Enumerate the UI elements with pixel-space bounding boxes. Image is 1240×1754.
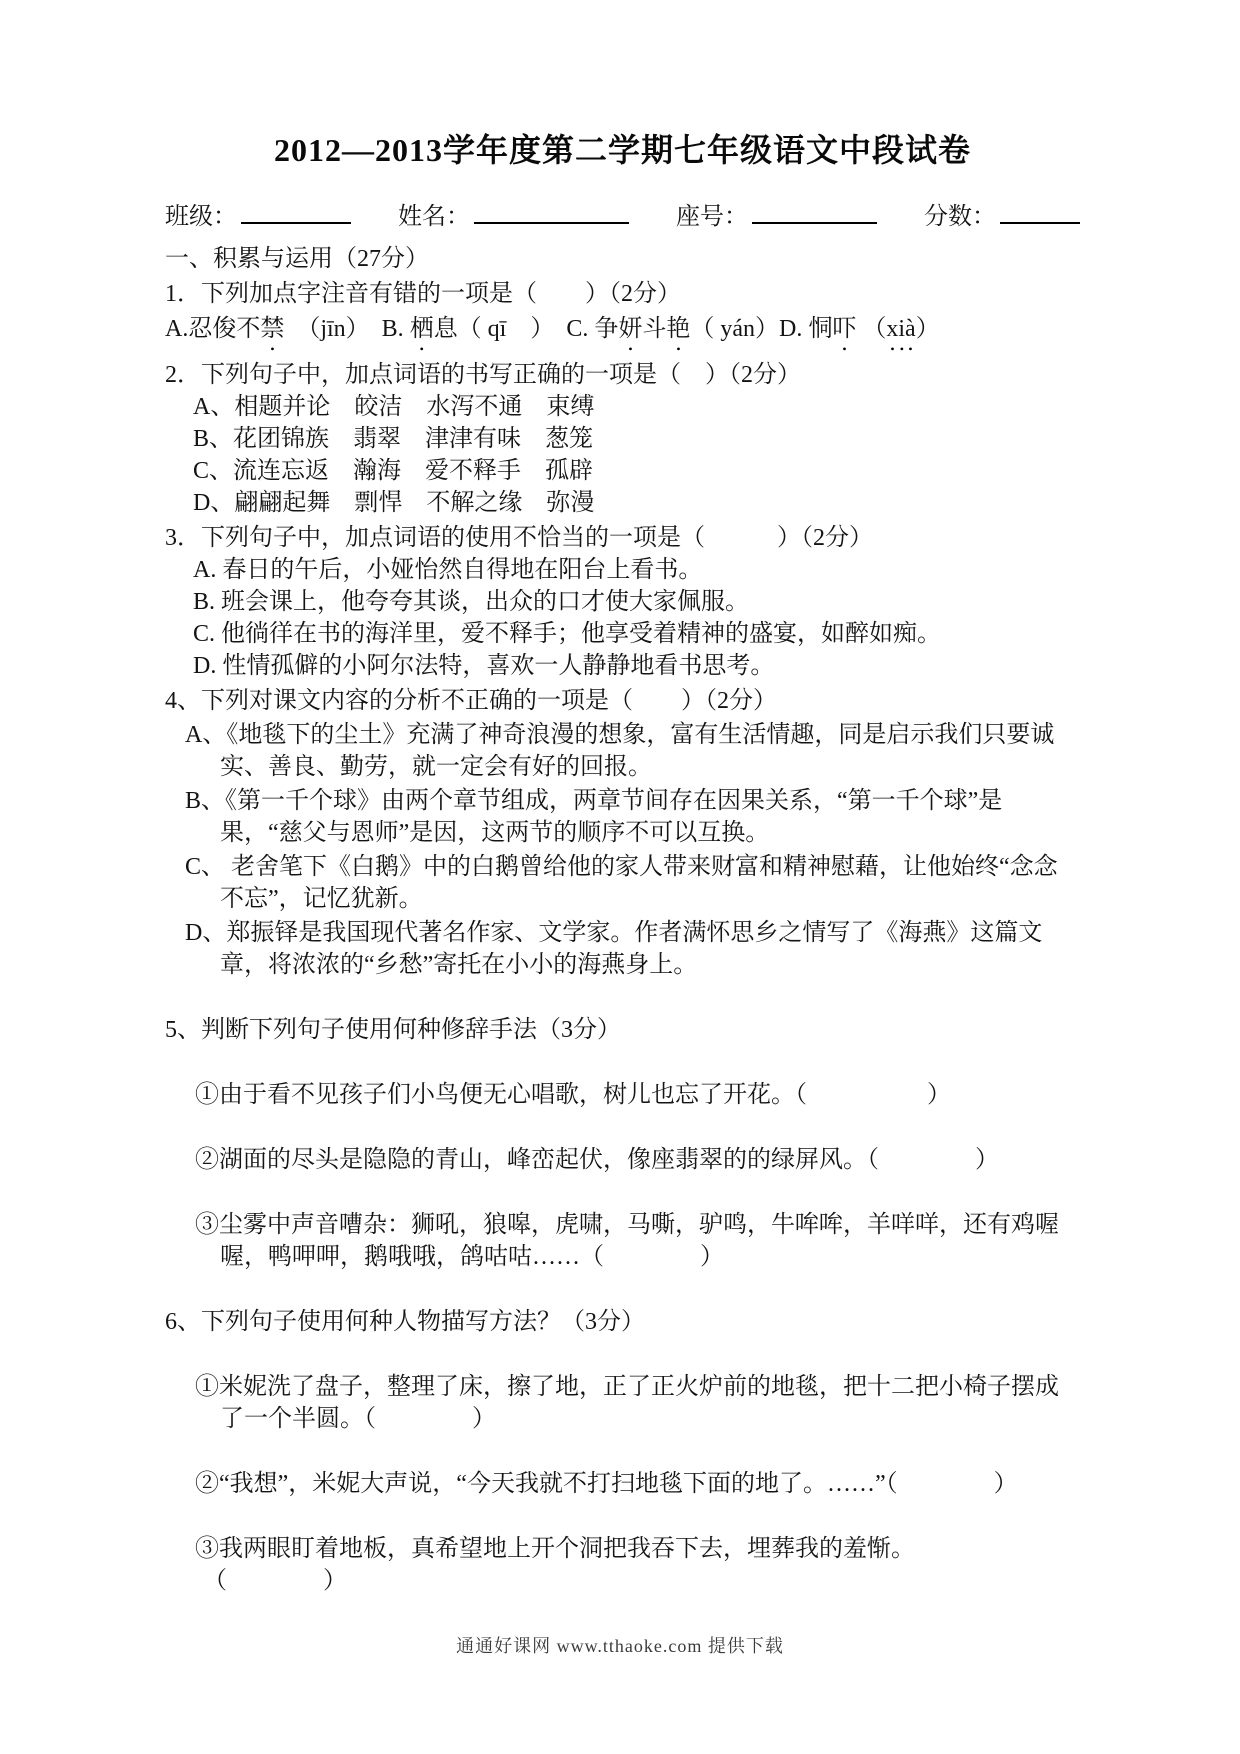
- q1-d-paren-close: ）: [916, 316, 940, 342]
- q1-c-dotted-char-2: 艳: [666, 316, 690, 342]
- q5-item-3: ③尘雾中声音嘈杂：狮吼，狼嗥，虎啸，马嘶，驴鸣，牛哞哞，羊咩咩，还有鸡喔喔，鸭呷…: [165, 1209, 1080, 1273]
- section1-heading: 一、积累与运用（27分）: [165, 243, 1080, 275]
- q2-option-c: C、流连忘返 瀚海 爱不释手 孤辟: [165, 455, 1080, 487]
- q2-option-a: A、相题并论 皎洁 水泻不通 束缚: [165, 391, 1080, 423]
- q5-stem: 5、判断下列句子使用何种修辞手法（3分）: [165, 1014, 1080, 1046]
- q1-stem: 1．下列加点字注音有错的一项是（ ）（2分）: [165, 278, 1080, 310]
- score-label: 分数：: [924, 204, 996, 230]
- q6-item-1: ①米妮洗了盘子，整理了床，擦了地，正了正火炉前的地毯，把十二把小椅子摆成了一个半…: [165, 1371, 1080, 1435]
- name-blank: [474, 198, 629, 224]
- q1-c-pinyin: （ yán）D. 恫: [690, 316, 832, 342]
- q3-stem: 3．下列句子中，加点词语的使用不恰当的一项是（ ）（2分）: [165, 522, 1080, 554]
- q1-option-line: A.忍俊不禁 （jīn） B. 栖息（ qī ） C. 争妍斗艳（ yán）D.…: [165, 313, 1080, 356]
- class-label: 班级：: [165, 204, 237, 230]
- q6-item-3: ③我两眼盯着地板，真希望地上开个洞把我吞下去，埋葬我的羞惭。: [165, 1533, 1080, 1565]
- class-field: 班级：: [165, 198, 351, 233]
- q6-stem: 6、下列句子使用何种人物描写方法？（3分）: [165, 1306, 1080, 1338]
- q1-c-text: 斗: [642, 316, 666, 342]
- q4-option-c: C、 老舍笔下《白鹅》中的白鹅曾给他的家人带来财富和精神慰藉，让他始终“念念不忘…: [165, 851, 1080, 915]
- q3-option-a: A. 春日的午后，小娅怡然自得地在阳台上看书。: [165, 554, 1080, 586]
- q3-option-c: C. 他徜徉在书的海洋里，爱不释手；他享受着精神的盛宴，如醉如痴。: [165, 618, 1080, 650]
- footer-download-note: 通通好课网 www.tthaoke.com 提供下载: [0, 1632, 1240, 1658]
- student-info-row: 班级： 姓名： 座号： 分数：: [165, 198, 1080, 233]
- q2-option-d: D、翩翩起舞 剽悍 不解之缘 弥漫: [165, 487, 1080, 519]
- page-title: 2012—2013学年度第二学期七年级语文中段试卷: [165, 128, 1080, 172]
- seat-label: 座号：: [676, 204, 748, 230]
- q1-b-dotted-char: 栖: [410, 316, 434, 342]
- name-field: 姓名：: [398, 198, 629, 233]
- q4-stem: 4、下列对课文内容的分析不正确的一项是（ ）（2分）: [165, 685, 1080, 717]
- q1-a-text: A.忍俊不: [165, 316, 260, 342]
- q1-c-dotted-char-1: 妍: [618, 316, 642, 342]
- q1-a-pinyin: （jīn） B.: [284, 316, 409, 342]
- q6-item-3-answer-blank: （ ）: [165, 1565, 1080, 1597]
- exam-paper-page: 2012—2013学年度第二学期七年级语文中段试卷 班级： 姓名： 座号： 分数…: [0, 0, 1080, 1597]
- q1-a-dotted-char: 禁: [260, 316, 284, 342]
- q1-d-paren: （: [856, 316, 886, 342]
- q4-option-b: B、《第一千个球》由两个章节组成，两章节间存在因果关系，“第一千个球”是果，“慈…: [165, 785, 1080, 849]
- q1-d-dotted-char: 吓: [832, 316, 856, 342]
- class-blank: [241, 198, 351, 224]
- q3-option-d: D. 性情孤僻的小阿尔法特，喜欢一人静静地看书思考。: [165, 650, 1080, 682]
- seat-field: 座号：: [676, 198, 877, 233]
- score-blank: [1000, 198, 1080, 224]
- q2-option-b: B、花团锦族 翡翠 津津有味 葱笼: [165, 423, 1080, 455]
- q6-item-2: ②“我想”，米妮大声说，“今天我就不打扫地毯下面的地了。……”（ ）: [165, 1468, 1080, 1500]
- q4-option-a: A、《地毯下的尘土》充满了神奇浪漫的想象，富有生活情趣，同是启示我们只要诚实、善…: [165, 719, 1080, 783]
- name-label: 姓名：: [398, 204, 470, 230]
- q4-option-d: D、郑振铎是我国现代著名作家、文学家。作者满怀思乡之情写了《海燕》这篇文章，将浓…: [165, 917, 1080, 981]
- q5-item-1: ①由于看不见孩子们小鸟便无心唱歌，树儿也忘了开花。（ ）: [165, 1079, 1080, 1111]
- q3-option-b: B. 班会课上，他夸夸其谈，出众的口才使大家佩服。: [165, 586, 1080, 618]
- q5-item-2: ②湖面的尽头是隐隐的青山，峰峦起伏，像座翡翠的的绿屏风。（ ）: [165, 1144, 1080, 1176]
- score-field: 分数：: [924, 198, 1080, 233]
- seat-blank: [752, 198, 877, 224]
- q1-b-text: 息（ qī ） C. 争: [434, 316, 619, 342]
- q2-stem: 2．下列句子中，加点词语的书写正确的一项是（ ）（2分）: [165, 359, 1080, 391]
- q1-d-pinyin: xià: [886, 316, 915, 342]
